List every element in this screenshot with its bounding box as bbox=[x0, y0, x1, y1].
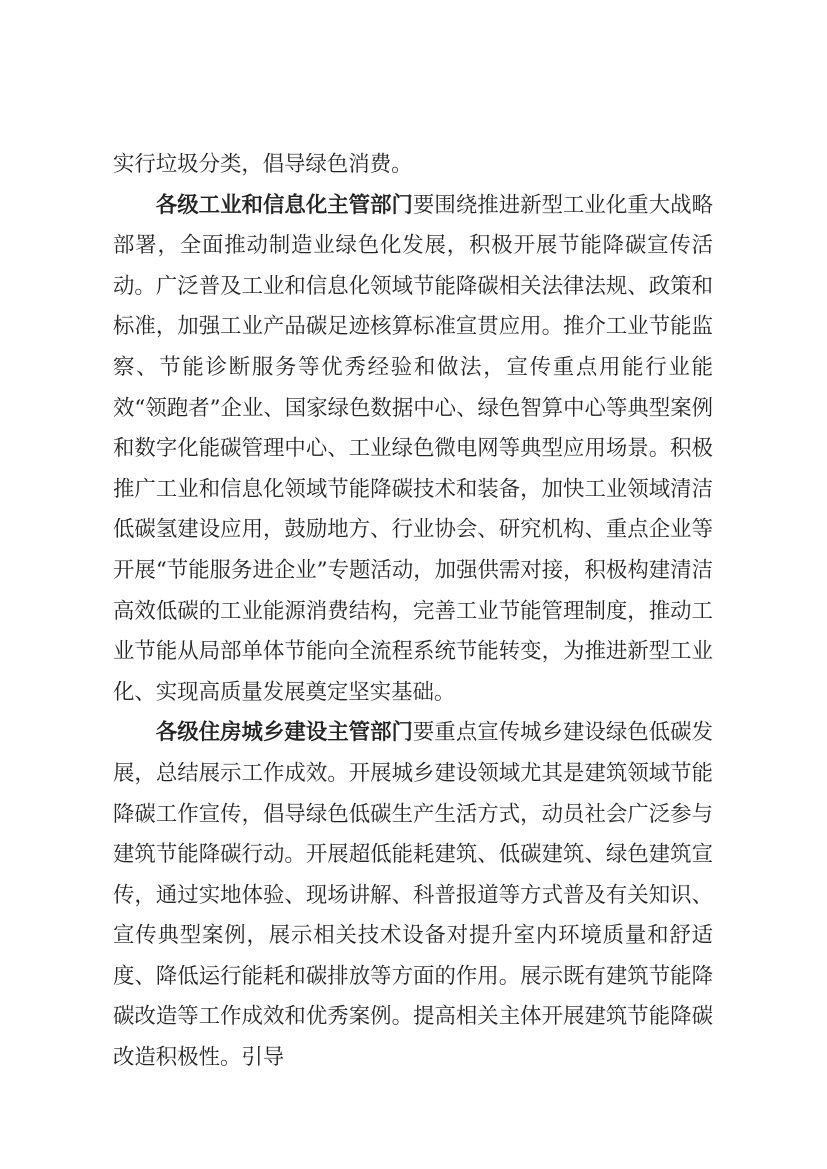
body-text: 实行垃圾分类，倡导绿色消费。 bbox=[113, 152, 412, 177]
paragraph: 各级工业和信息化主管部门要围绕推进新型工业化重大战略部署，全面推动制造业绿色化发… bbox=[113, 186, 713, 714]
paragraph: 各级住房城乡建设主管部门要重点宣传城乡建设绿色低碳发展，总结展示工作成效。开展城… bbox=[113, 713, 713, 1078]
document-page: 实行垃圾分类，倡导绿色消费。各级工业和信息化主管部门要围绕推进新型工业化重大战略… bbox=[0, 0, 827, 1169]
body-text: 要重点宣传城乡建设绿色低碳发展，总结展示工作成效。开展城乡建设领域尤其是建筑领域… bbox=[113, 720, 713, 1070]
body-text: 要围绕推进新型工业化重大战略部署，全面推动制造业绿色化发展，积极开展节能降碳宣传… bbox=[113, 193, 713, 705]
document-body: 实行垃圾分类，倡导绿色消费。各级工业和信息化主管部门要围绕推进新型工业化重大战略… bbox=[113, 145, 713, 1079]
department-name-emphasis: 各级住房城乡建设主管部门 bbox=[156, 720, 413, 745]
department-name-emphasis: 各级工业和信息化主管部门 bbox=[156, 193, 413, 218]
paragraph: 实行垃圾分类，倡导绿色消费。 bbox=[113, 145, 713, 186]
